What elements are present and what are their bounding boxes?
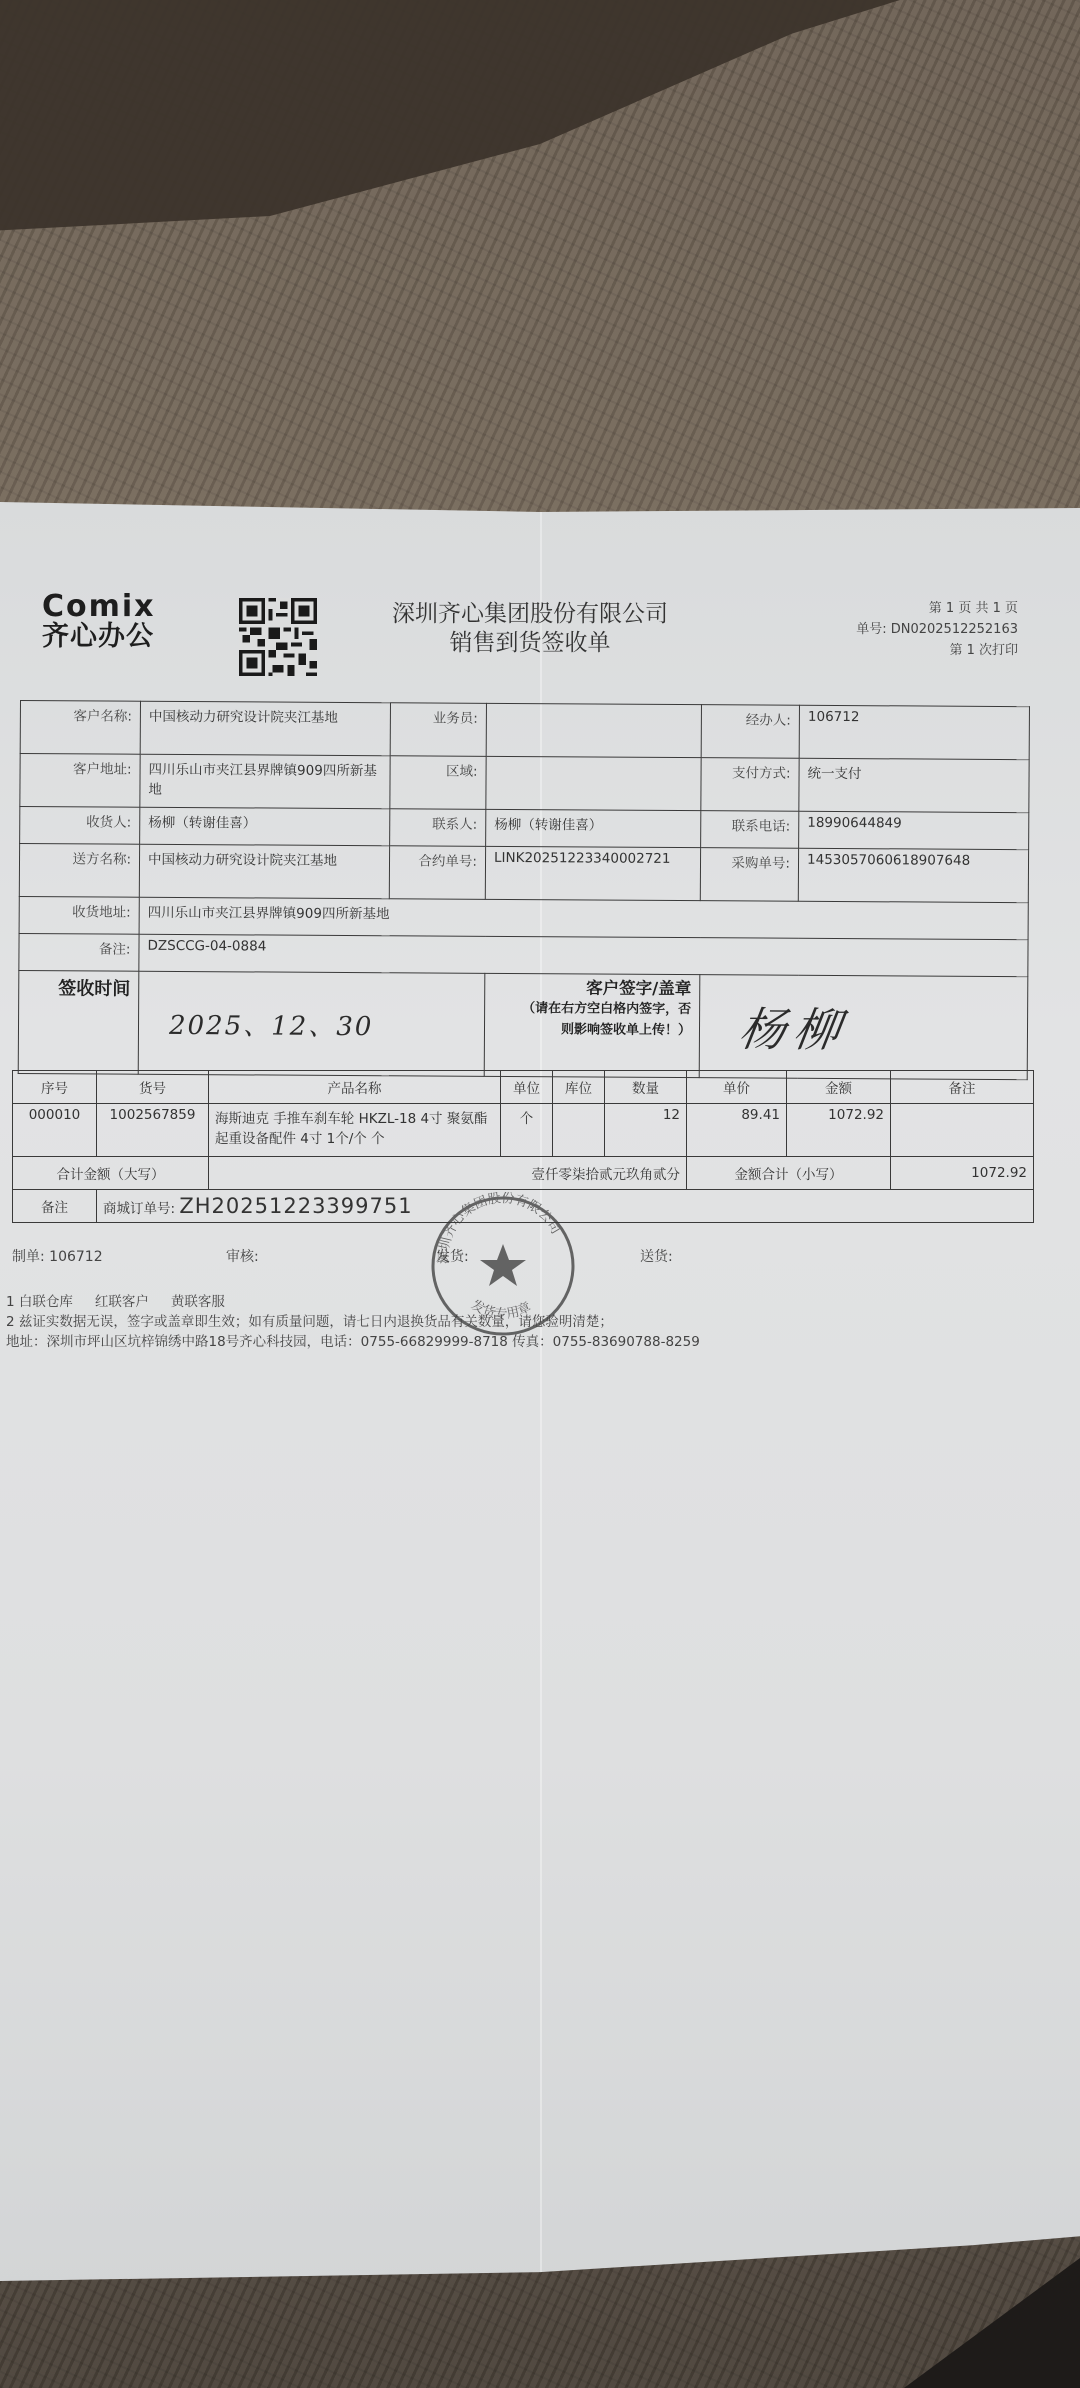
- item-amount: 1072.92: [787, 1104, 891, 1157]
- signature-field[interactable]: 杨柳: [699, 975, 1028, 1080]
- delivery-address-label: 收货地址:: [19, 896, 139, 934]
- customer-sign-note-1: （请在右方空白格内签字，否: [493, 998, 691, 1020]
- col-qty: 数量: [605, 1071, 687, 1104]
- remark-value: DZSCCG-04-0884: [139, 934, 1028, 976]
- item-unit: 个: [501, 1104, 553, 1157]
- salesperson-value: [486, 703, 701, 757]
- col-seq: 序号: [13, 1071, 97, 1104]
- document-meta: 第 1 页 共 1 页 单号: DN0202512252163 第 1 次打印: [856, 598, 1018, 661]
- col-unit: 单位: [501, 1071, 553, 1104]
- page-info: 第 1 页 共 1 页: [856, 598, 1018, 619]
- validity-note: 2 兹证实数据无误，签字或盖章即生效；如有质量问题，请七日内退换货品有关数量，请…: [6, 1312, 700, 1332]
- col-sku: 货号: [97, 1071, 209, 1104]
- region-label: 区域:: [390, 756, 486, 810]
- remark-label: 备注:: [19, 933, 139, 971]
- item-location: [553, 1104, 605, 1157]
- item-remark: [891, 1104, 1034, 1157]
- receiver-value: 杨柳（转谢佳喜）: [140, 807, 390, 846]
- sign-time-label: 签收时间: [18, 970, 139, 1074]
- purchase-label: 采购单号:: [700, 848, 798, 902]
- region-value: [486, 756, 701, 810]
- copies-note: 1 白联仓库红联客户黄联客服: [6, 1292, 700, 1312]
- col-remark: 备注: [891, 1071, 1034, 1104]
- item-qty: 12: [605, 1104, 687, 1157]
- customer-address-label: 客户地址:: [20, 754, 140, 808]
- comix-logo: Comix 齐心办公: [42, 592, 156, 652]
- customer-info-table: 客户名称: 中国核动力研究设计院夹江基地 业务员: 经办人: 106712 客户…: [18, 700, 1030, 1080]
- handler-label: 经办人:: [701, 705, 799, 759]
- mall-order-value: ZH20251223399751: [179, 1194, 412, 1218]
- order-number: 单号: DN0202512252163: [856, 619, 1018, 640]
- total-upper-label: 合计金额（大写）: [13, 1157, 209, 1190]
- ship-to-value: 中国核动力研究设计院夹江基地: [139, 844, 389, 899]
- delivery-address-value: 四川乐山市夹江县界牌镇909四所新基地: [139, 897, 1028, 939]
- item-name: 海斯迪克 手推车刹车轮 HKZL-18 4寸 聚氨酯起重设备配件 4寸 1个/个…: [209, 1104, 501, 1157]
- phone-label: 联系电话:: [701, 811, 799, 849]
- document-title: 深圳齐心集团股份有限公司 销售到货签收单: [360, 600, 700, 658]
- signature-handwritten: 杨柳: [735, 993, 853, 1060]
- order-no-value: DN0202512252163: [891, 622, 1018, 637]
- customer-name-value: 中国核动力研究设计院夹江基地: [140, 701, 390, 756]
- customer-sign-label: 客户签字/盖章: [493, 977, 691, 999]
- ship-to-label: 送方名称:: [19, 844, 139, 898]
- item-sku: 1002567859: [97, 1104, 209, 1157]
- payment-label: 支付方式:: [701, 758, 799, 812]
- total-lower-label: 金额合计（小写）: [687, 1157, 891, 1190]
- sign-time-field[interactable]: 2025、12、30: [138, 971, 485, 1076]
- purchase-value: 1453057060618907648: [798, 848, 1028, 902]
- contact-value: 杨柳（转谢佳喜）: [486, 809, 701, 847]
- totals-row: 合计金额（大写） 壹仟零柒拾贰元玖角贰分 金额合计（小写） 1072.92: [13, 1157, 1034, 1190]
- payment-value: 统一支付: [799, 758, 1029, 812]
- col-location: 库位: [553, 1071, 605, 1104]
- doc-title: 销售到货签收单: [360, 629, 700, 658]
- col-price: 单价: [687, 1071, 787, 1104]
- print-count: 第 1 次打印: [856, 640, 1018, 661]
- customer-sign-note-2: 则影响签收单上传！）: [493, 1019, 691, 1041]
- company-address: 地址：深圳市坪山区坑梓锦绣中路18号齐心科技园，电话：0755-66829999…: [6, 1332, 700, 1352]
- mall-order-label: 商城订单号:: [103, 1201, 175, 1217]
- handler-value: 106712: [799, 705, 1029, 759]
- item-price: 89.41: [687, 1104, 787, 1157]
- total-upper-value: 壹仟零柒拾贰元玖角贰分: [209, 1157, 687, 1190]
- logo-cn: 齐心办公: [42, 622, 156, 652]
- col-amount: 金额: [787, 1071, 891, 1104]
- total-lower-value: 1072.92: [891, 1157, 1034, 1190]
- items-header-row: 序号 货号 产品名称 单位 库位 数量 单价 金额 备注: [13, 1071, 1034, 1104]
- qr-code-icon: [236, 598, 320, 676]
- col-name: 产品名称: [209, 1071, 501, 1104]
- phone-value: 18990644849: [799, 811, 1029, 849]
- salesperson-label: 业务员:: [390, 703, 486, 757]
- company-name: 深圳齐心集团股份有限公司: [360, 600, 700, 629]
- table-row: 000010 1002567859 海斯迪克 手推车刹车轮 HKZL-18 4寸…: [13, 1104, 1034, 1157]
- contract-label: 合约单号:: [389, 846, 485, 900]
- contract-value: LINK20251223340002721: [485, 846, 700, 900]
- contact-label: 联系人:: [390, 809, 486, 847]
- customer-name-label: 客户名称:: [20, 701, 140, 755]
- maker-value: 106712: [49, 1249, 102, 1265]
- customer-sign-label-cell: 客户签字/盖章 （请在右方空白格内签字，否 则影响签收单上传！）: [484, 973, 700, 1077]
- review-label: 审核:: [226, 1246, 259, 1266]
- maker-field: 制单: 106712: [12, 1246, 103, 1266]
- logo-en: Comix: [42, 592, 156, 622]
- footer-notes: 1 白联仓库红联客户黄联客服 2 兹证实数据无误，签字或盖章即生效；如有质量问题…: [6, 1292, 700, 1352]
- sign-time-handwritten: 2025、12、30: [169, 1010, 374, 1041]
- items-remark-label: 备注: [13, 1190, 97, 1223]
- receiver-label: 收货人:: [20, 807, 140, 845]
- customer-address-value: 四川乐山市夹江县界牌镇909四所新基地: [140, 754, 390, 809]
- deliver-label: 送货:: [640, 1246, 673, 1266]
- item-seq: 000010: [13, 1104, 97, 1157]
